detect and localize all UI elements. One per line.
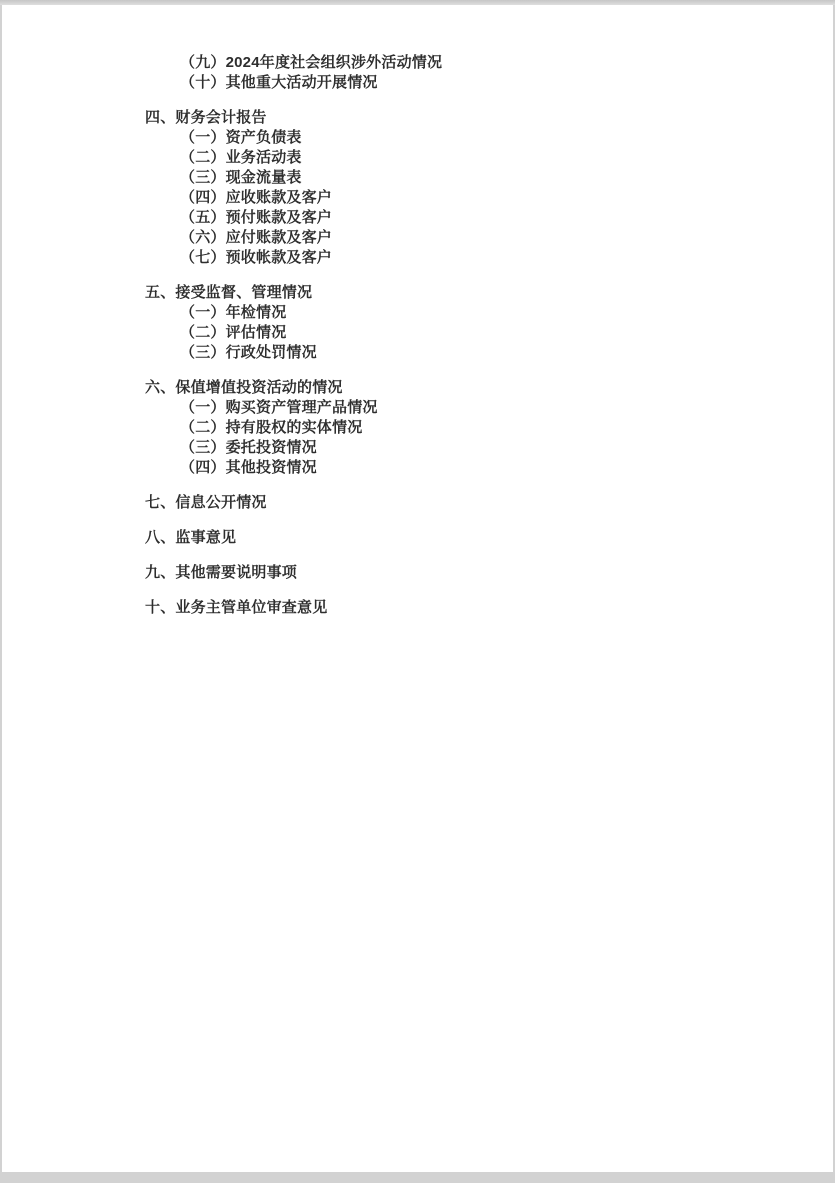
toc-item: （十）其他重大活动开展情况 (145, 73, 813, 93)
toc-item: （五）预付账款及客户 (145, 208, 813, 228)
toc-section-title: 十、业务主管单位审查意见 (145, 598, 813, 618)
toc-item: （九）2024年度社会组织涉外活动情况 (145, 53, 813, 73)
toc-section-information-disclosure: 七、信息公开情况 (145, 493, 813, 513)
toc-section-title: 五、接受监督、管理情况 (145, 283, 813, 303)
toc-section-title: 九、其他需要说明事项 (145, 563, 813, 583)
toc-item: （二）评估情况 (145, 323, 813, 343)
toc-section-title: 四、财务会计报告 (145, 108, 813, 128)
toc-item: （一）购买资产管理产品情况 (145, 398, 813, 418)
toc-item: （三）现金流量表 (145, 168, 813, 188)
toc-section-authority-review: 十、业务主管单位审查意见 (145, 598, 813, 618)
toc-section-investment: 六、保值增值投资活动的情况 （一）购买资产管理产品情况 （二）持有股权的实体情况… (145, 378, 813, 478)
toc-item: （三）委托投资情况 (145, 438, 813, 458)
toc-section-supervision: 五、接受监督、管理情况 （一）年检情况 （二）评估情况 （三）行政处罚情况 (145, 283, 813, 363)
table-of-contents: （九）2024年度社会组织涉外活动情况 （十）其他重大活动开展情况 四、财务会计… (2, 5, 833, 618)
document-page: （九）2024年度社会组织涉外活动情况 （十）其他重大活动开展情况 四、财务会计… (2, 5, 833, 1172)
toc-item: （四）其他投资情况 (145, 458, 813, 478)
toc-section-other-notes: 九、其他需要说明事项 (145, 563, 813, 583)
toc-section-title: 六、保值增值投资活动的情况 (145, 378, 813, 398)
toc-section-continued: （九）2024年度社会组织涉外活动情况 （十）其他重大活动开展情况 (145, 53, 813, 93)
toc-item: （三）行政处罚情况 (145, 343, 813, 363)
toc-section-financial-report: 四、财务会计报告 （一）资产负债表 （二）业务活动表 （三）现金流量表 （四）应… (145, 108, 813, 268)
toc-section-supervisor-opinion: 八、监事意见 (145, 528, 813, 548)
toc-item: （二）业务活动表 (145, 148, 813, 168)
toc-item: （四）应收账款及客户 (145, 188, 813, 208)
toc-item: （一）资产负债表 (145, 128, 813, 148)
toc-section-title: 七、信息公开情况 (145, 493, 813, 513)
toc-item: （六）应付账款及客户 (145, 228, 813, 248)
toc-section-title: 八、监事意见 (145, 528, 813, 548)
toc-item: （七）预收帐款及客户 (145, 248, 813, 268)
toc-item: （一）年检情况 (145, 303, 813, 323)
toc-item: （二）持有股权的实体情况 (145, 418, 813, 438)
